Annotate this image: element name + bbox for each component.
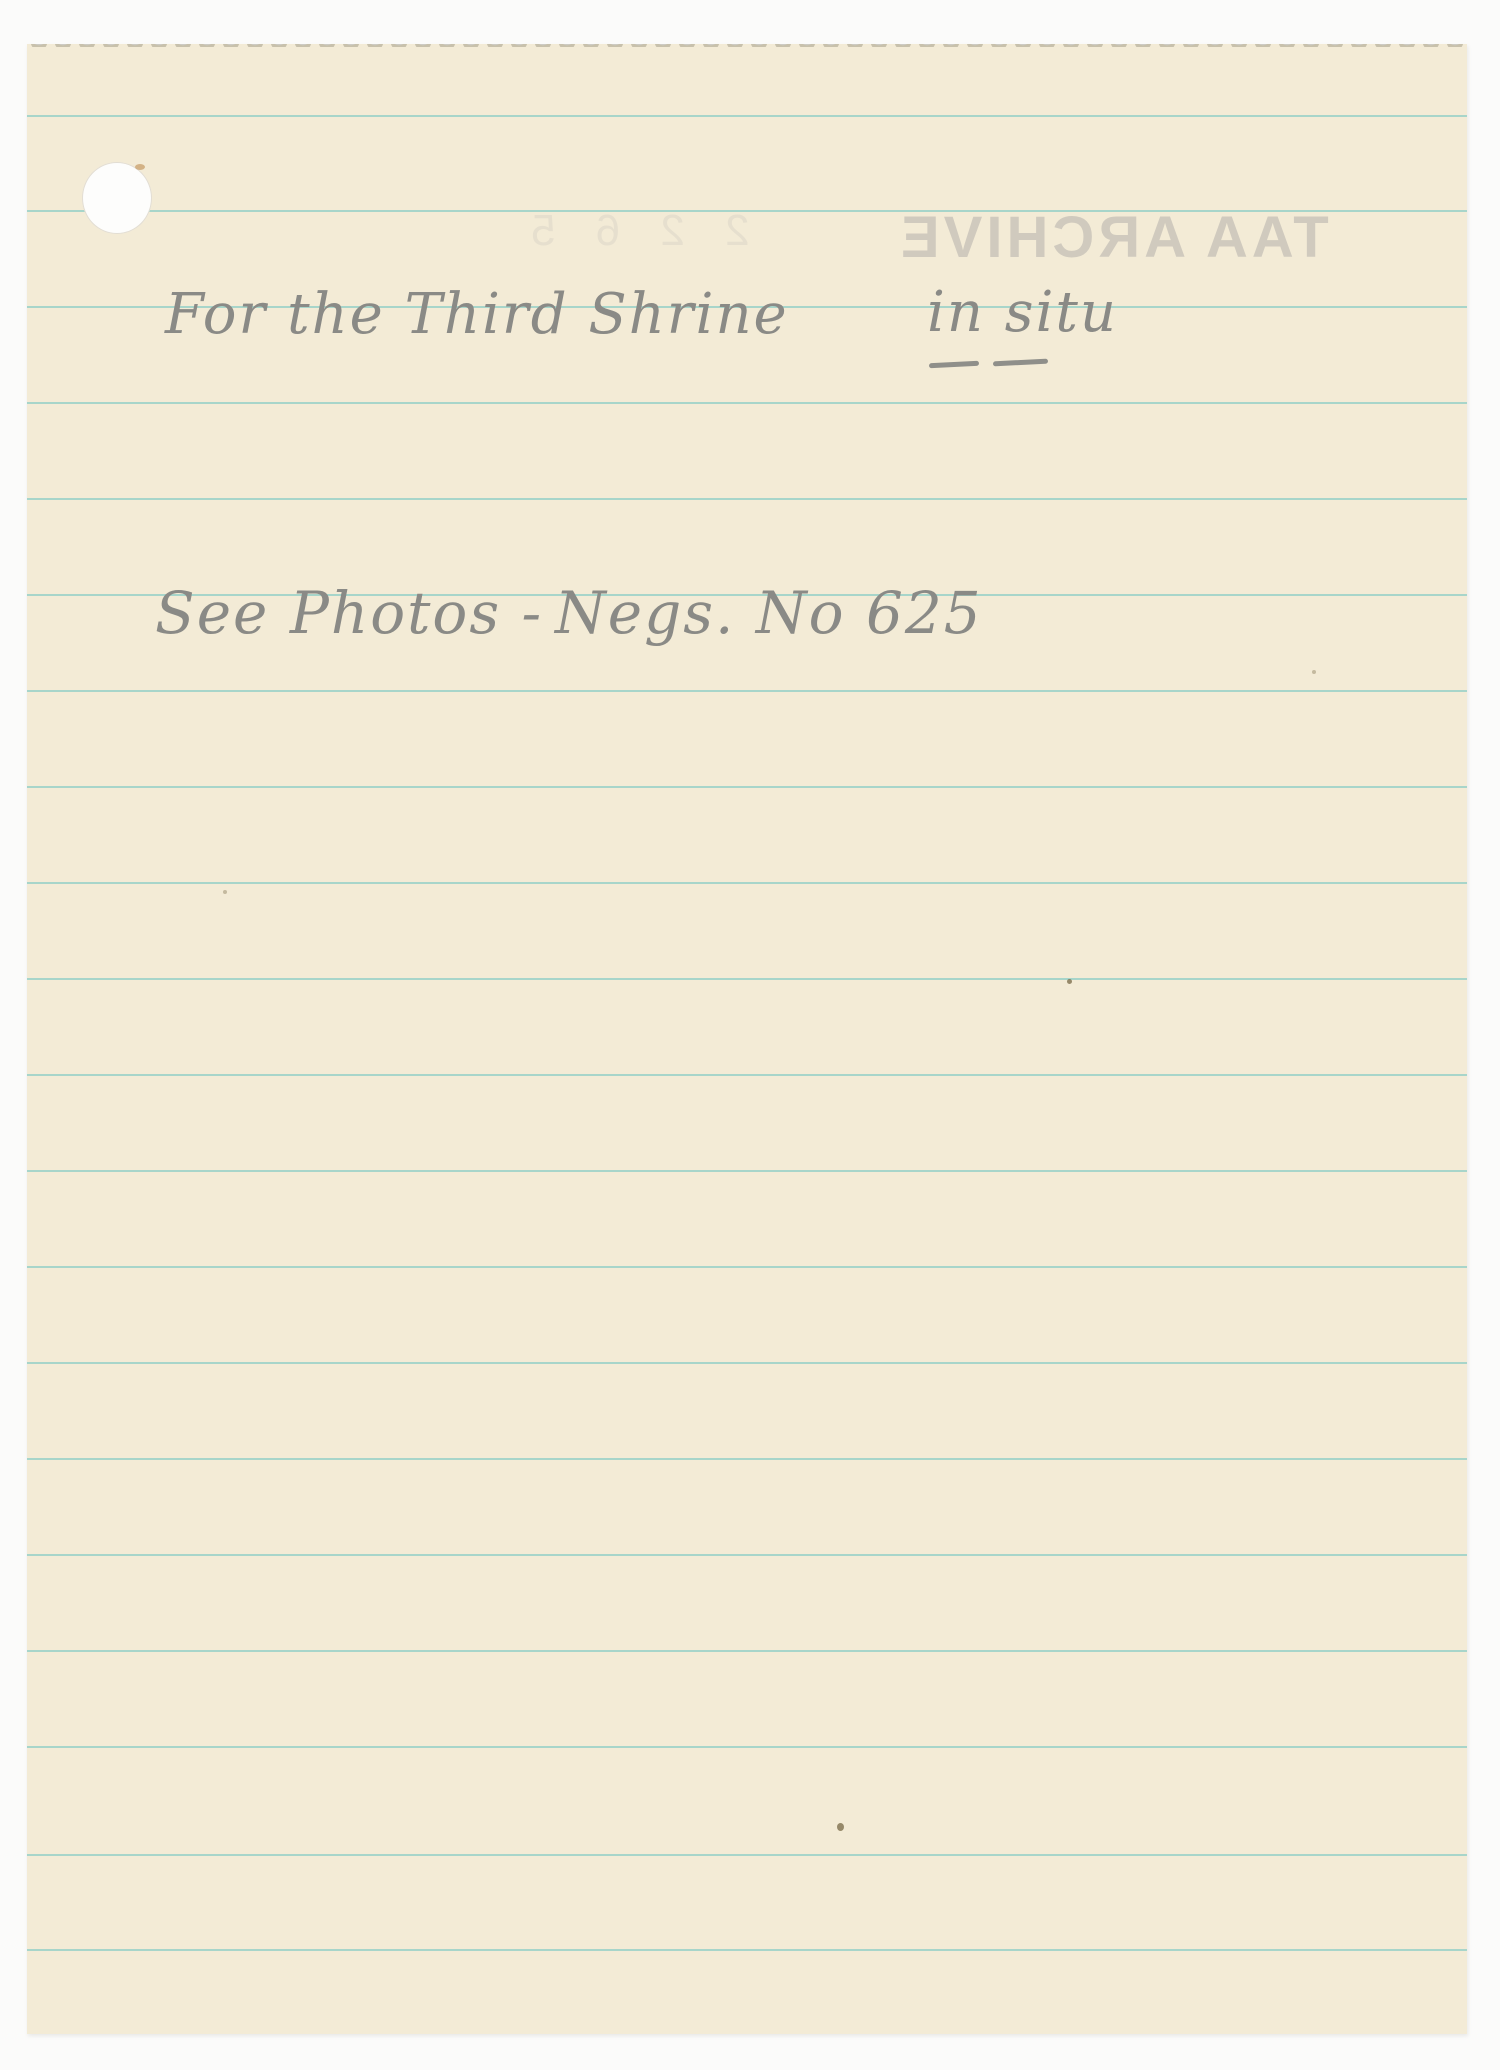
punch-hole <box>82 162 152 234</box>
ruled-line <box>27 978 1467 980</box>
ruled-line <box>27 690 1467 692</box>
ruled-line <box>27 786 1467 788</box>
ruled-line <box>27 1554 1467 1556</box>
paper-speck <box>1312 670 1316 674</box>
underline-mark <box>993 359 1048 367</box>
ruled-line <box>27 1949 1467 1951</box>
paper-speck <box>837 1823 844 1831</box>
ruled-line <box>27 1170 1467 1172</box>
perforated-top-edge <box>27 38 1467 50</box>
ruled-line <box>27 498 1467 500</box>
ruled-line <box>27 1854 1467 1856</box>
ruled-line <box>27 1266 1467 1268</box>
handwritten-title: For the Third Shrine <box>165 282 789 347</box>
archive-stamp: TAA ARCHIVE <box>897 204 1329 271</box>
ruled-line <box>27 1458 1467 1460</box>
stamp-number: 2 2 6 5 <box>517 206 750 256</box>
ruled-line <box>27 402 1467 404</box>
ruled-line <box>27 1746 1467 1748</box>
paper-speck <box>223 890 227 894</box>
ruled-line <box>27 882 1467 884</box>
notepad-sheet: 2 2 6 5 TAA ARCHIVE For the Third Shrine… <box>27 44 1467 2034</box>
handwritten-negs-number: Negs. No 625 <box>555 579 983 647</box>
ruled-line <box>27 115 1467 117</box>
paper-speck <box>1067 979 1072 984</box>
handwritten-in-situ: in situ <box>927 280 1118 345</box>
handwritten-see-photos: See Photos - <box>155 579 543 647</box>
ruled-line <box>27 1650 1467 1652</box>
underline-mark <box>929 361 979 369</box>
ruled-line <box>27 1362 1467 1364</box>
rust-stain <box>135 164 145 170</box>
ruled-line <box>27 1074 1467 1076</box>
